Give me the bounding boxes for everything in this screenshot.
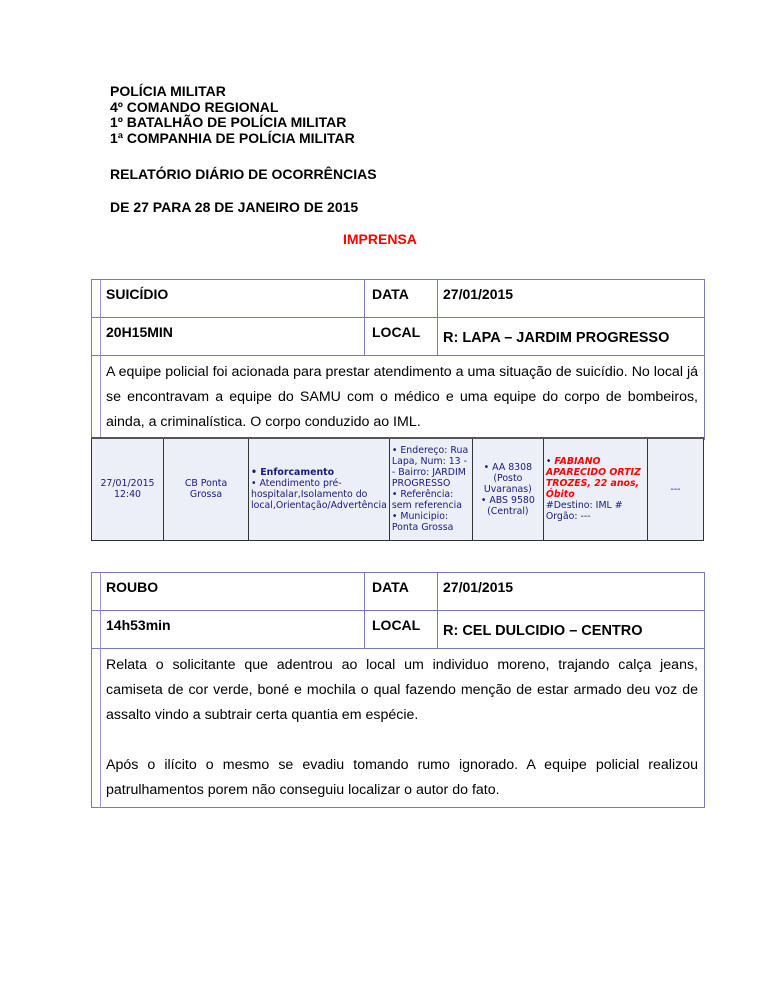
details-time: 12:40 [94,489,161,500]
unit-line: Grossa [166,489,246,500]
local-label: LOCAL [365,318,438,355]
details-datetime: 27/01/2015 12:40 [92,438,164,540]
report-period: DE 27 PARA 28 DE JANEIRO DE 2015 [110,199,358,215]
narrative-paragraph: Após o ilícito o mesmo se evadiu tomando… [106,753,698,803]
details-vehicles: AA 8308 (Posto Uvaranas) ABS 9580 (Centr… [472,438,543,540]
details-address: Endereço: Rua Lapa, Num: 13 -- Bairro: J… [389,438,472,540]
unit-line: CB Ponta [166,478,246,489]
occurrence-local: R: CEL DULCIDIO – CENTRO [438,611,704,648]
involved-extra: #Destino: IML # Orgão: --- [546,500,645,522]
occurrence-card: SUICÍDIO DATA 27/01/2015 20H15MIN LOCAL … [91,279,705,440]
organization-header: POLÍCIA MILITAR 4º COMANDO REGIONAL 1º B… [110,84,355,146]
vehicle: ABS 9580 (Central) [475,495,541,517]
occurrence-narrative: Relata o solicitante que adentrou ao loc… [92,649,704,807]
occurrence-details-table: 27/01/2015 12:40 CB Ponta Grossa Enforca… [91,437,704,541]
occurrence-type-row: ROUBO DATA 27/01/2015 [92,573,704,611]
occurrence-time: 20H15MIN [92,318,365,355]
details-involved: FABIANO APARECIDO ORTIZ TROZES, 22 anos,… [543,438,647,540]
narrative-paragraph: Relata o solicitante que adentrou ao loc… [106,653,698,728]
occurrence-type-row: SUICÍDIO DATA 27/01/2015 [92,280,704,318]
occurrence-card: ROUBO DATA 27/01/2015 14h53min LOCAL R: … [91,572,705,808]
occurrence-type: ROUBO [92,573,365,610]
details-row: 27/01/2015 12:40 CB Ponta Grossa Enforca… [92,438,704,540]
section-label: IMPRENSA [343,231,417,247]
date-label: DATA [365,573,438,610]
details-last: --- [647,438,703,540]
involved-name: FABIANO APARECIDO ORTIZ TROZES, 22 anos,… [546,456,641,500]
date-label: DATA [365,280,438,317]
municipality: Municipio: Ponta Grossa [392,511,470,533]
details-unit: CB Ponta Grossa [164,438,249,540]
occurrence-date: 27/01/2015 [438,280,704,317]
address: Endereço: Rua Lapa, Num: 13 -- Bairro: J… [392,445,470,489]
report-title: RELATÓRIO DIÁRIO DE OCORRÊNCIAS [110,166,377,182]
narrative-paragraph: A equipe policial foi acionada para pres… [106,360,698,435]
header-line: 1º BATALHÃO DE POLÍCIA MILITAR [110,115,355,131]
occurrence-time-row: 20H15MIN LOCAL R: LAPA – JARDIM PROGRESS… [92,318,704,356]
nature-title: Enforcamento [251,467,387,478]
header-line: POLÍCIA MILITAR [110,84,355,100]
occurrence-type: SUICÍDIO [92,280,365,317]
occurrence-narrative: A equipe policial foi acionada para pres… [92,356,704,439]
local-label: LOCAL [365,611,438,648]
header-line: 1ª COMPANHIA DE POLÍCIA MILITAR [110,131,355,147]
occurrence-date: 27/01/2015 [438,573,704,610]
vehicle: AA 8308 (Posto Uvaranas) [475,462,541,495]
reference: Referência: sem referencia [392,489,470,511]
header-line: 4º COMANDO REGIONAL [110,100,355,116]
occurrence-time-row: 14h53min LOCAL R: CEL DULCIDIO – CENTRO [92,611,704,649]
occurrence-local: R: LAPA – JARDIM PROGRESSO [438,318,704,355]
details-nature: Enforcamento Atendimento pré-hospitalar,… [249,438,390,540]
occurrence-time: 14h53min [92,611,365,648]
nature-actions: Atendimento pré-hospitalar,Isolamento do… [251,478,387,511]
details-date: 27/01/2015 [94,478,161,489]
